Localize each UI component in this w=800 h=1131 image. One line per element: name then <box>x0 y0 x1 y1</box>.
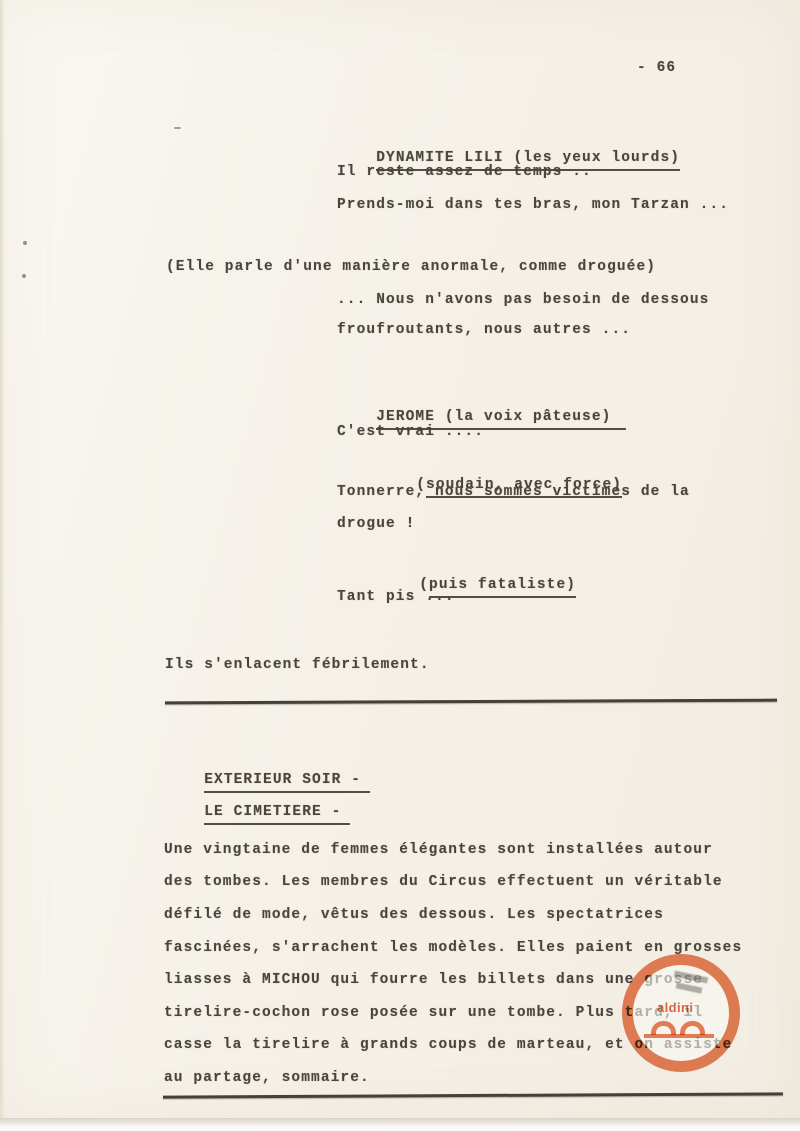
stray-mark <box>174 127 181 129</box>
separator-rule <box>165 699 777 704</box>
dialogue-line: ... Nous n'avons pas besoin de dessous <box>337 290 709 310</box>
dialogue-line: Prends-moi dans tes bras, mon Tarzan ... <box>337 195 729 215</box>
stage-direction: (Elle parle d'une manière anormale, comm… <box>166 257 656 277</box>
page-left-edge <box>0 0 5 1120</box>
dialogue-line: drogue ! <box>337 514 415 534</box>
paragraph-line: au partage, sommaire. <box>164 1068 370 1088</box>
watermark-label: aldini <box>657 1000 693 1015</box>
scene-heading-text: LE CIMETIERE - <box>204 802 350 825</box>
paragraph-line: liasses à MICHOU qui fourre les billets … <box>164 970 703 990</box>
dialogue-line: Tant pis ... <box>337 587 455 607</box>
action-line: Ils s'enlacent fébrilement. <box>165 655 430 675</box>
dialogue-line: Il reste assez de temps .. <box>337 162 592 182</box>
watermark-logo-baseline <box>644 1034 714 1038</box>
page-bottom-edge <box>0 1118 800 1131</box>
separator-rule <box>163 1092 783 1098</box>
dialogue-line: froufroutants, nous autres ... <box>337 320 631 340</box>
scanned-script-page: - 66 DYNAMITE LILI (les yeux lourds) Il … <box>0 0 800 1120</box>
paper-speck <box>23 241 27 245</box>
scene-heading-line: LE CIMETIERE - <box>165 782 350 845</box>
page-number: - 66 <box>637 58 676 78</box>
paragraph-line: défilé de mode, vêtus des dessous. Les s… <box>164 905 664 925</box>
paragraph-line: Une vingtaine de femmes élégantes sont i… <box>164 840 713 860</box>
paragraph-line: des tombes. Les membres du Circus effect… <box>164 872 723 892</box>
paper-speck <box>22 274 26 278</box>
dialogue-line: C'est vrai .... <box>337 422 484 442</box>
dialogue-line: Tonnerre, nous sommes victimes de la <box>337 482 690 502</box>
paragraph-line: fascinées, s'arrachent les modèles. Elle… <box>164 938 742 958</box>
